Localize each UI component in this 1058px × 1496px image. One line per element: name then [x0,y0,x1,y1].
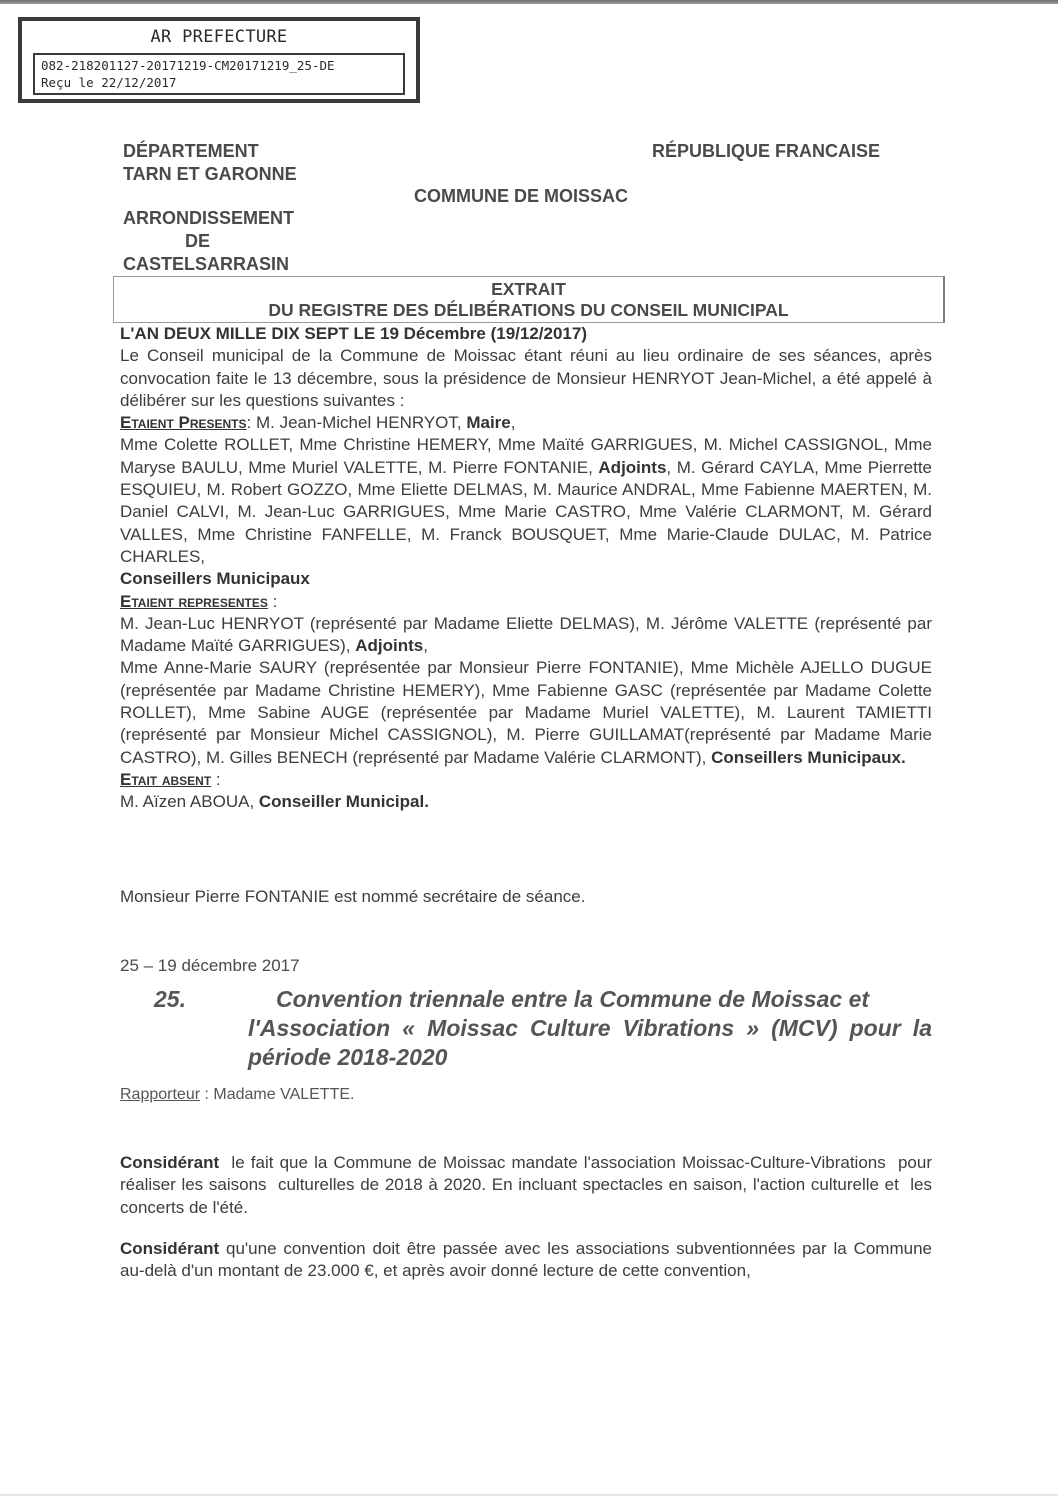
arrondissement-de: DE [123,230,294,253]
considerant-2-text: qu'une convention doit être passée avec … [120,1239,932,1280]
colon: : [268,592,277,611]
representes-adjoints-role: Adjoints [355,636,423,655]
considerant-2-label: Considérant [120,1239,219,1258]
comma: , [666,458,671,477]
colon: : [211,770,220,789]
adjoints-presents: Mme Colette ROLLET, Mme Christine HEMERY… [120,434,932,568]
stamp-reference: 082-218201127-20171219-CM20171219_25-DE [41,57,397,74]
absent-role: Conseiller Municipal. [259,792,429,811]
considerant-1: Considérant le fait que la Commune de Mo… [120,1152,932,1219]
extrait-line-1: EXTRAIT [114,279,943,300]
title-first-line: 25.Convention triennale entre la Commune… [154,985,932,1014]
title-rest: l'Association « Moissac Culture Vibratio… [154,1014,932,1072]
title-first: Convention triennale entre la Commune de… [276,986,869,1012]
secretaire-line: Monsieur Pierre FONTANIE est nommé secré… [120,887,585,907]
absent-name: M. Aïzen ABOUA, [120,792,259,811]
republique-heading: RÉPUBLIQUE FRANCAISE [652,140,880,163]
deliberation-number: 25. [154,985,276,1014]
adjoints-role: Adjoints [598,458,666,477]
stamp-received-date: Reçu le 22/12/2017 [41,74,397,91]
considerant-1-text: le fait que la Commune de Moissac mandat… [120,1153,937,1217]
absent-label: Etait absent [120,770,211,789]
representes-adjoints-list: M. Jean-Luc HENRYOT (représenté par Mada… [120,614,932,655]
representes-adjoints: M. Jean-Luc HENRYOT (représenté par Mada… [120,613,932,658]
stamp-title: AR PREFECTURE [22,27,416,47]
considerant-1-label: Considérant [120,1153,219,1172]
departement-label: DÉPARTEMENT [123,140,297,163]
commune-heading: COMMUNE DE MOISSAC [414,185,628,208]
rapporteur-value: : Madame VALETTE. [200,1086,354,1103]
presents-maire: M. Jean-Michel HENRYOT, [251,413,466,432]
arrondissement-label: ARRONDISSEMENT [123,207,294,230]
seance-intro: Le Conseil municipal de la Commune de Mo… [120,345,932,412]
comma: , [511,413,516,432]
rapporteur-label: Rapporteur [120,1086,200,1103]
representes-conseillers: Mme Anne-Marie SAURY (représentée par Mo… [120,657,932,768]
extrait-title-box: EXTRAIT DU REGISTRE DES DÉLIBÉRATIONS DU… [113,276,945,323]
seance-date-heading: L'AN DEUX MILLE DIX SEPT LE 19 Décembre … [120,323,932,345]
representes-label: Etaient representes [120,592,268,611]
maire-role: Maire [466,413,510,432]
departement-block: DÉPARTEMENT TARN ET GARONNE [123,140,297,186]
extrait-line-2: DU REGISTRE DES DÉLIBÉRATIONS DU CONSEIL… [114,300,943,321]
representes-heading: Etaient representes : [120,591,932,613]
comma: , [423,636,428,655]
deliberation-date-ref: 25 – 19 décembre 2017 [120,956,300,976]
presents-label: Etaient Presents [120,413,247,432]
representes-conseillers-role: Conseillers Municipaux. [711,748,906,767]
stamp-details: 082-218201127-20171219-CM20171219_25-DE … [33,53,405,95]
considerant-2: Considérant qu'une convention doit être … [120,1238,932,1283]
presents-line: Etaient Presents: M. Jean-Michel HENRYOT… [120,412,932,434]
seance-section: L'AN DEUX MILLE DIX SEPT LE 19 Décembre … [120,323,932,814]
deliberation-title: 25.Convention triennale entre la Commune… [154,985,932,1072]
absent-line: M. Aïzen ABOUA, Conseiller Municipal. [120,791,932,813]
arrondissement-block: ARRONDISSEMENT DE CASTELSARRASIN [123,207,294,276]
rapporteur-line: Rapporteur : Madame VALETTE. [120,1086,354,1104]
absent-heading: Etait absent : [120,769,932,791]
scan-edge-top [0,0,1058,4]
arrondissement-name: CASTELSARRASIN [123,253,294,276]
departement-name: TARN ET GARONNE [123,163,297,186]
conseillers-role: Conseillers Municipaux [120,568,932,590]
prefecture-stamp: AR PREFECTURE 082-218201127-20171219-CM2… [18,17,420,103]
